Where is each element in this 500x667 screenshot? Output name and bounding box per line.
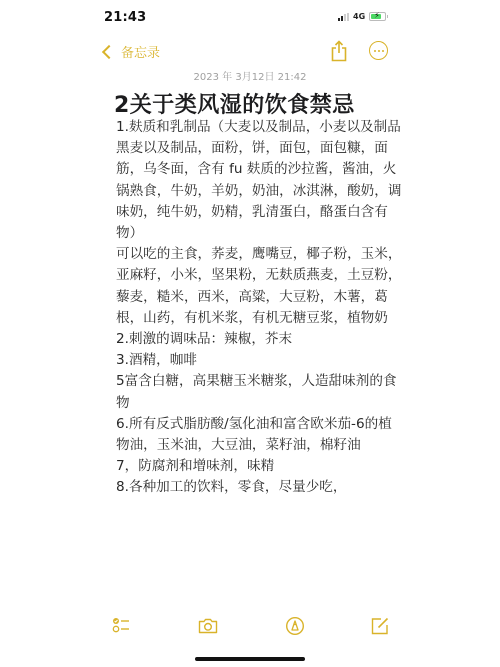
note-paragraph: 1.麸质和乳制品（大麦以及制品，小麦以及制品黑麦以及制品，面粉，饼，面包，面包糠… — [116, 117, 402, 244]
home-indicator[interactable] — [195, 657, 305, 661]
note-paragraph: 7，防腐剂和增味剂，味精 — [116, 456, 402, 477]
battery-icon: ⚡ — [369, 12, 386, 21]
camera-button[interactable] — [198, 616, 218, 636]
more-button[interactable] — [369, 41, 388, 60]
note-title[interactable]: 2关于类风湿的饮食禁忌 — [114, 88, 355, 119]
back-label: 备忘录 — [121, 42, 160, 61]
chevron-left-icon — [102, 44, 116, 58]
note-body[interactable]: 1.麸质和乳制品（大麦以及制品，小麦以及制品黑麦以及制品，面粉，饼，面包，面包糠… — [116, 117, 402, 499]
note-paragraph: 2.刺激的调味品：辣椒，芥末 — [116, 329, 402, 350]
camera-icon — [198, 616, 218, 636]
markup-pen-icon — [285, 616, 305, 636]
share-button[interactable] — [330, 40, 348, 62]
note-paragraph: 5富含白糖，高果糖玉米糖浆，人造甜味剂的食物 — [116, 371, 402, 413]
signal-icon — [338, 13, 349, 21]
dot — [378, 50, 380, 52]
network-type: 4G — [353, 12, 365, 21]
status-time: 21:43 — [104, 10, 146, 25]
share-icon — [330, 40, 348, 62]
note-paragraph: 可以吃的主食，荞麦，鹰嘴豆，椰子粉，玉米，亚麻籽，小米，坚果粉，无麸质燕麦，土豆… — [116, 244, 402, 329]
note-paragraph: 8.各种加工的饮料，零食，尽量少吃， — [116, 477, 402, 498]
note-date: 2023 年 3月12日 21:42 — [0, 68, 500, 83]
note-paragraph: 6.所有反式脂肪酸/氢化油和富含欧米茄-6的植物油，玉米油，大豆油，菜籽油，棉籽… — [116, 414, 402, 456]
checklist-button[interactable] — [112, 616, 132, 636]
note-paragraph: 3.酒精，咖啡 — [116, 350, 402, 371]
dot — [374, 50, 376, 52]
checklist-icon — [112, 616, 132, 636]
markup-button[interactable] — [285, 616, 305, 636]
charging-bolt-icon: ⚡ — [374, 11, 380, 21]
dot — [382, 50, 384, 52]
back-button[interactable]: 备忘录 — [104, 42, 160, 61]
compose-button[interactable] — [370, 616, 390, 636]
compose-icon — [370, 616, 390, 636]
status-indicators: 4G ⚡ — [338, 12, 386, 21]
